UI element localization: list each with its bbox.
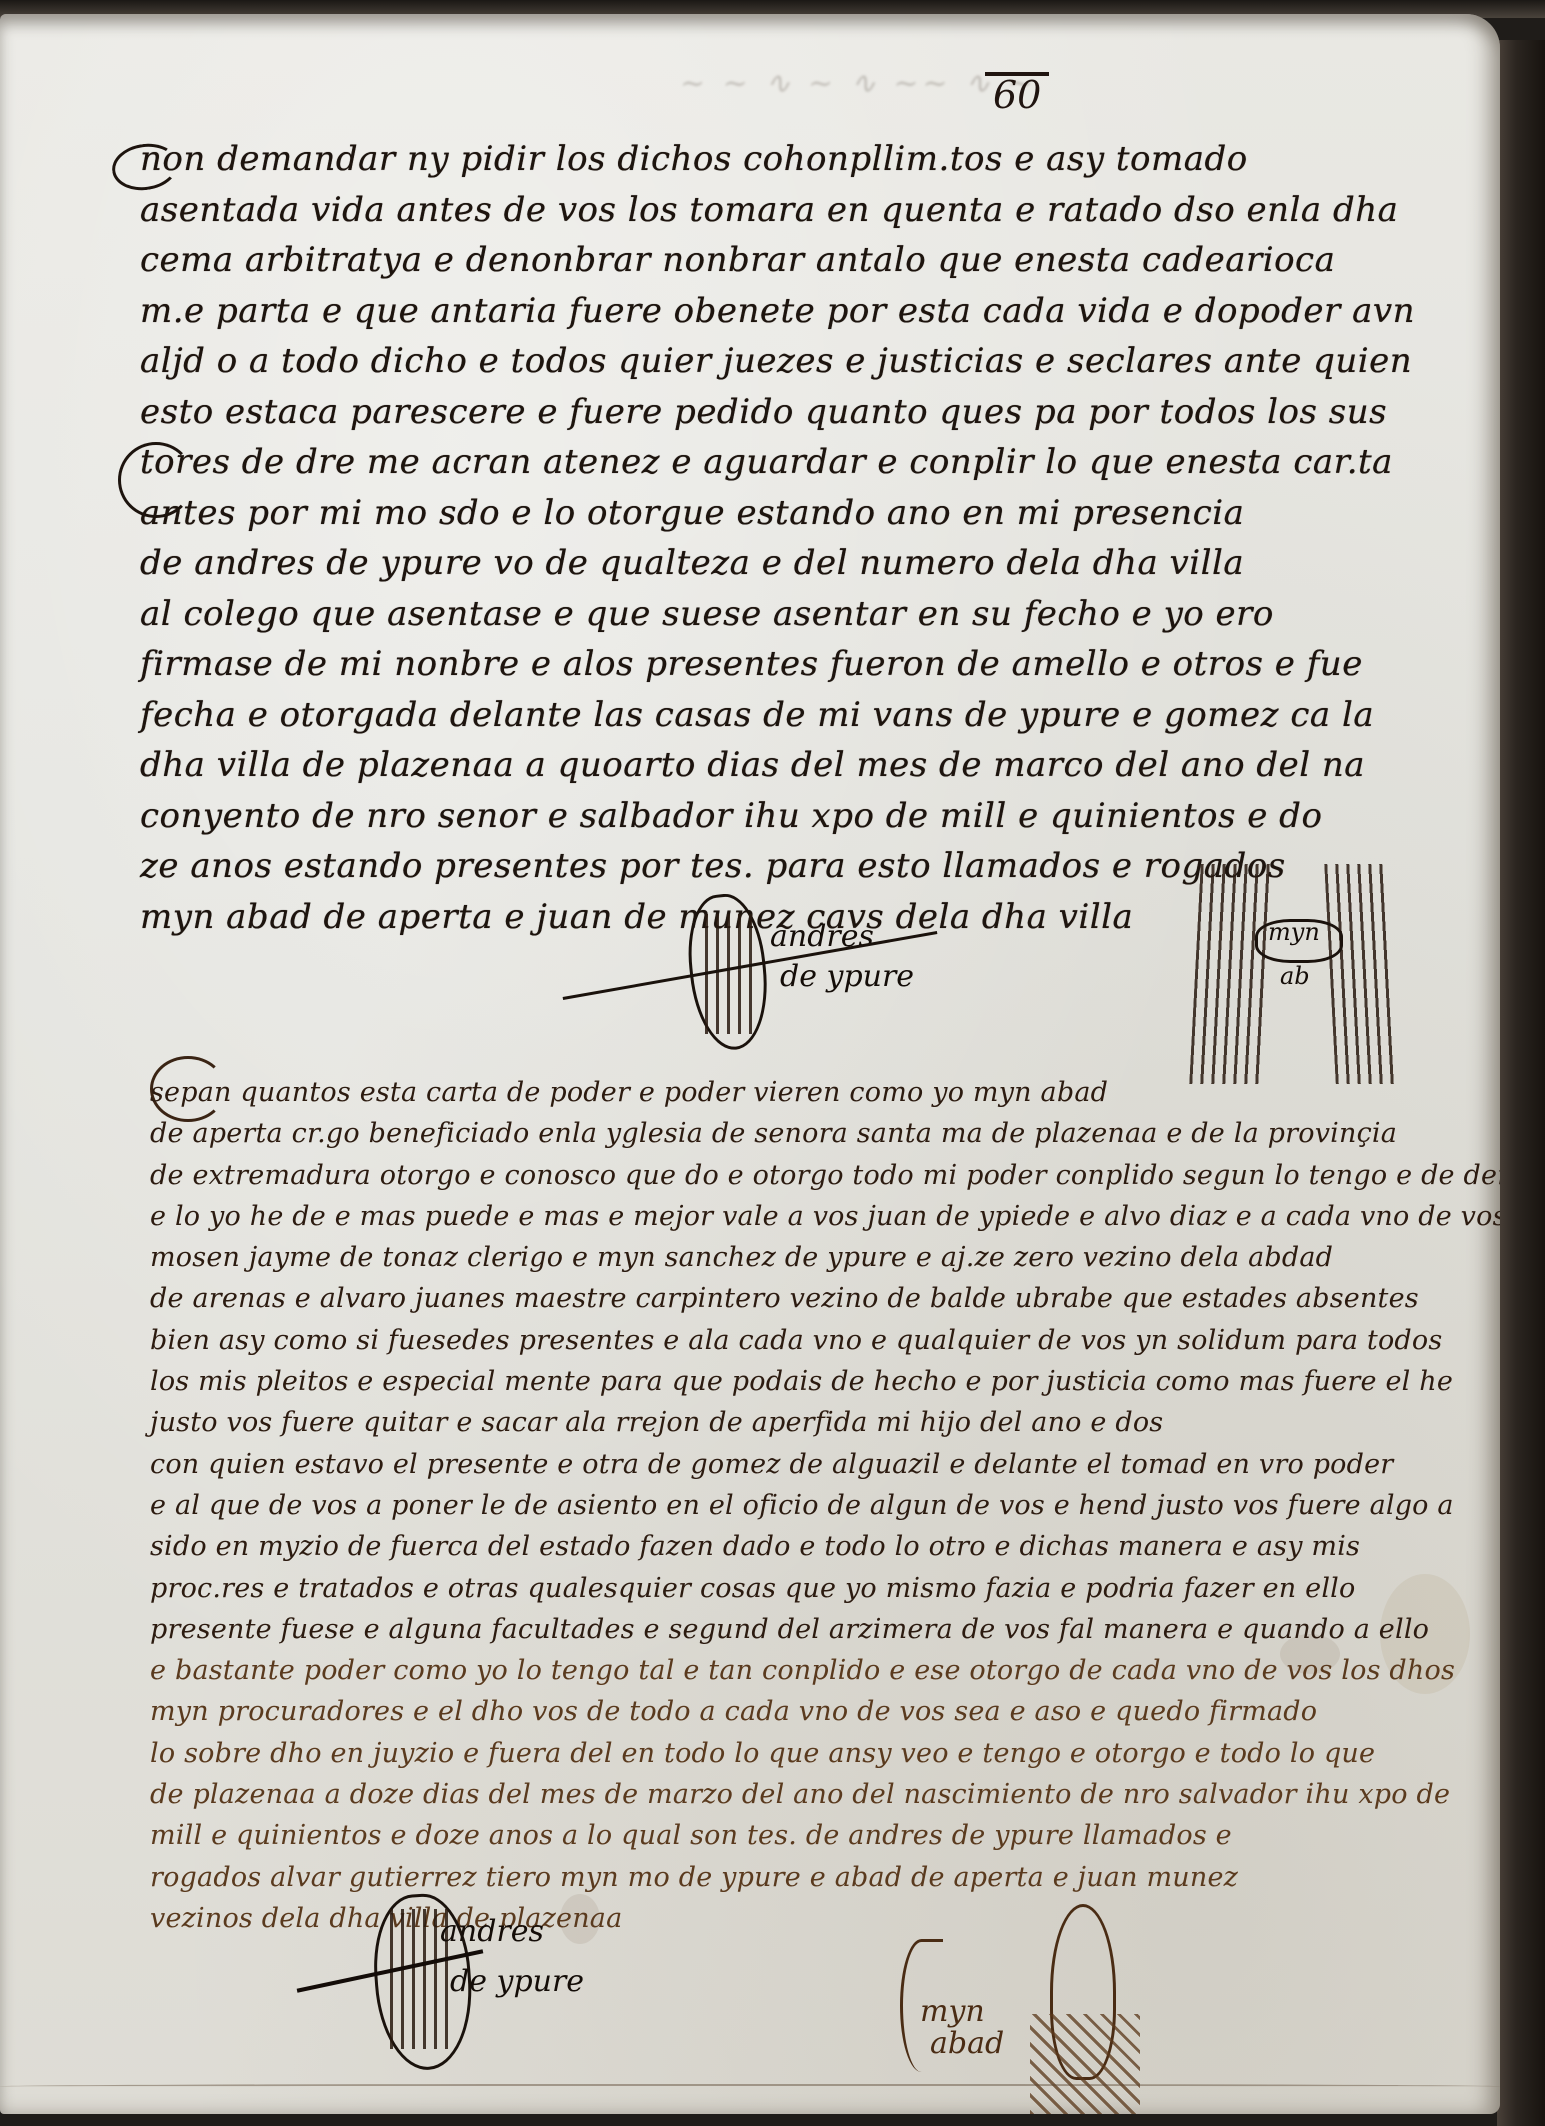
- signature-name: myn: [1268, 918, 1320, 946]
- text-line: conyento de nro senor e salbador ihu xpo…: [140, 791, 1490, 842]
- text-line: sepan quantos esta carta de poder e pode…: [150, 1072, 1500, 1113]
- text-line: vezinos dela dha villa de plazenaa: [150, 1898, 1500, 1939]
- text-line: proc.res e tratados e otras qualesquier …: [150, 1568, 1500, 1609]
- text-line: e lo yo he de e mas puede e mas e mejor …: [150, 1196, 1500, 1237]
- text-line: asentada vida antes de vos los tomara en…: [140, 185, 1490, 236]
- text-line: sido en myzio de fuerca del estado fazen…: [150, 1526, 1500, 1567]
- text-line: non demandar ny pidir los dichos cohonpl…: [140, 134, 1490, 185]
- text-line: dha villa de plazenaa a quoarto dias del…: [140, 740, 1490, 791]
- text-line: mosen jayme de tonaz clerigo e myn sanch…: [150, 1237, 1500, 1278]
- text-line: rogados alvar gutierrez tiero myn mo de …: [150, 1857, 1500, 1898]
- folio-number: 60: [985, 72, 1049, 114]
- text-line: firmase de mi nonbre e alos presentes fu…: [140, 639, 1490, 690]
- text-line: con quien estavo el presente e otra de g…: [150, 1444, 1500, 1485]
- deed-text-2: sepan quantos esta carta de poder e pode…: [150, 1072, 1500, 1939]
- text-line: m.e parta e que antaria fuere obenete po…: [140, 286, 1490, 337]
- text-line: cema arbitratya e denonbrar nonbrar anta…: [140, 235, 1490, 286]
- text-line: bien asy como si fuesedes presentes e al…: [150, 1320, 1500, 1361]
- page-edge-right: [1497, 40, 1545, 2126]
- text-line: de plazenaa a doze dias del mes de marzo…: [150, 1774, 1500, 1815]
- text-line: lo sobre dho en juyzio e fuera del en to…: [150, 1733, 1500, 1774]
- signature-surname: de ypure: [780, 959, 914, 994]
- bleed-through-text: ~ ~ ∿ ~ ∿ ~~ ∿ ~: [680, 66, 1200, 106]
- signature-rubric-hatching: [1324, 864, 1396, 1084]
- water-damage-edge: [0, 2084, 1500, 2090]
- deed-text-1: non demandar ny pidir los dichos cohonpl…: [140, 134, 1490, 942]
- signature-name: andres: [770, 919, 874, 954]
- text-line: myn procuradores e el dho vos de todo a …: [150, 1691, 1500, 1732]
- signature-surname: ab: [1280, 962, 1310, 990]
- text-line: de andres de ypure vo de qualteza e del …: [140, 538, 1490, 589]
- text-line: tores de dre me acran atenez e aguardar …: [140, 437, 1490, 488]
- manuscript-page: ~ ~ ∿ ~ ∿ ~~ ∿ ~ 60 non demandar ny pidi…: [0, 14, 1500, 2114]
- signature-name: andres: [440, 1914, 544, 1949]
- text-line: de extremadura otorgo e conosco que do e…: [150, 1155, 1500, 1196]
- text-line: de arenas e alvaro juanes maestre carpin…: [150, 1278, 1500, 1319]
- text-line: antes por mi mo sdo e lo otorgue estando…: [140, 488, 1490, 539]
- signature-rubric-hatching: [1189, 864, 1271, 1084]
- text-line: de aperta cr.go beneficiado enla yglesia…: [150, 1113, 1500, 1154]
- signature-surname: de ypure: [450, 1964, 584, 1999]
- text-line: al colego que asentase e que suese asent…: [140, 589, 1490, 640]
- text-line: mill e quinientos e doze anos a lo qual …: [150, 1815, 1500, 1856]
- text-line: aljd o a todo dicho e todos quier juezes…: [140, 336, 1490, 387]
- manuscript-scan: ~ ~ ∿ ~ ∿ ~~ ∿ ~ 60 non demandar ny pidi…: [0, 0, 1545, 2126]
- text-line: ze anos estando presentes por tes. para …: [140, 841, 1490, 892]
- text-line: los mis pleitos e especial mente para qu…: [150, 1361, 1500, 1402]
- text-line: fecha e otorgada delante las casas de mi…: [140, 690, 1490, 741]
- text-line: e al que de vos a poner le de asiento en…: [150, 1485, 1500, 1526]
- text-line: esto estaca parescere e fuere pedido qua…: [140, 387, 1490, 438]
- signature-rubric-hatching: [705, 914, 760, 1034]
- text-line: presente fuese e alguna facultades e seg…: [150, 1609, 1500, 1650]
- signature-flourish: [900, 1939, 943, 2072]
- signature-rubric-hatching: [1030, 2014, 1140, 2114]
- text-line: justo vos fuere quitar e sacar ala rrejo…: [150, 1402, 1500, 1443]
- text-line: e bastante poder como yo lo tengo tal e …: [150, 1650, 1500, 1691]
